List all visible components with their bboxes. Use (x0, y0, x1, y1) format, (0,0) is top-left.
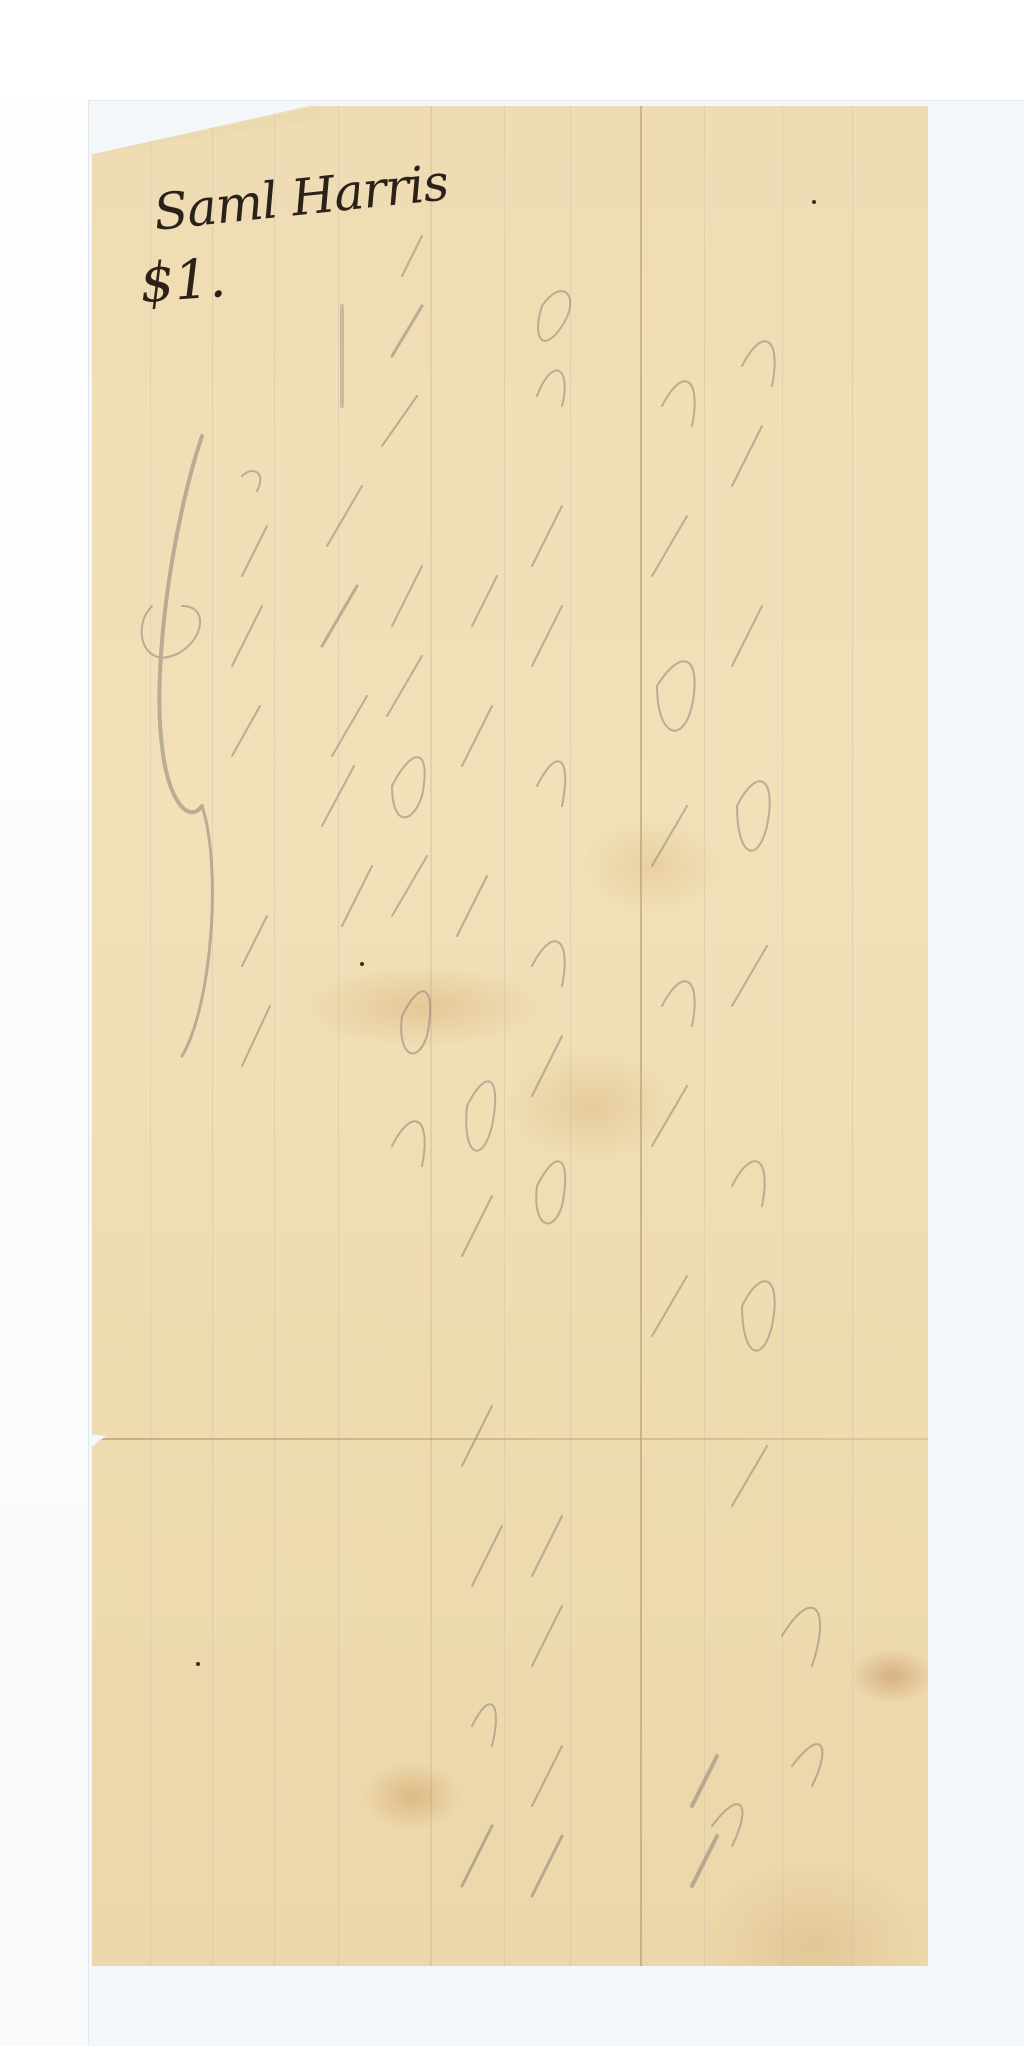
ruled-line (504, 106, 505, 1966)
inscription-amount: $1. (138, 246, 228, 315)
ruled-line (782, 106, 783, 1966)
fold-tear (90, 1434, 106, 1448)
ruled-line (852, 106, 853, 1966)
ruled-line (150, 106, 151, 1966)
bleed-through-script (92, 106, 928, 1966)
ruled-line (274, 106, 275, 1966)
ink-speck (196, 1662, 200, 1666)
ruled-line (570, 106, 571, 1966)
ink-speck (360, 962, 364, 966)
ink-speck (812, 200, 816, 204)
inscription-name: Saml Harris (151, 153, 451, 242)
horizontal-fold (92, 1438, 928, 1440)
document-page: Saml Harris $1. (92, 106, 928, 1966)
column-fold-line (640, 106, 642, 1966)
ruled-line (338, 106, 339, 1966)
ruled-line (212, 106, 213, 1966)
ruled-line (430, 106, 432, 1966)
ruled-line (704, 106, 705, 1966)
